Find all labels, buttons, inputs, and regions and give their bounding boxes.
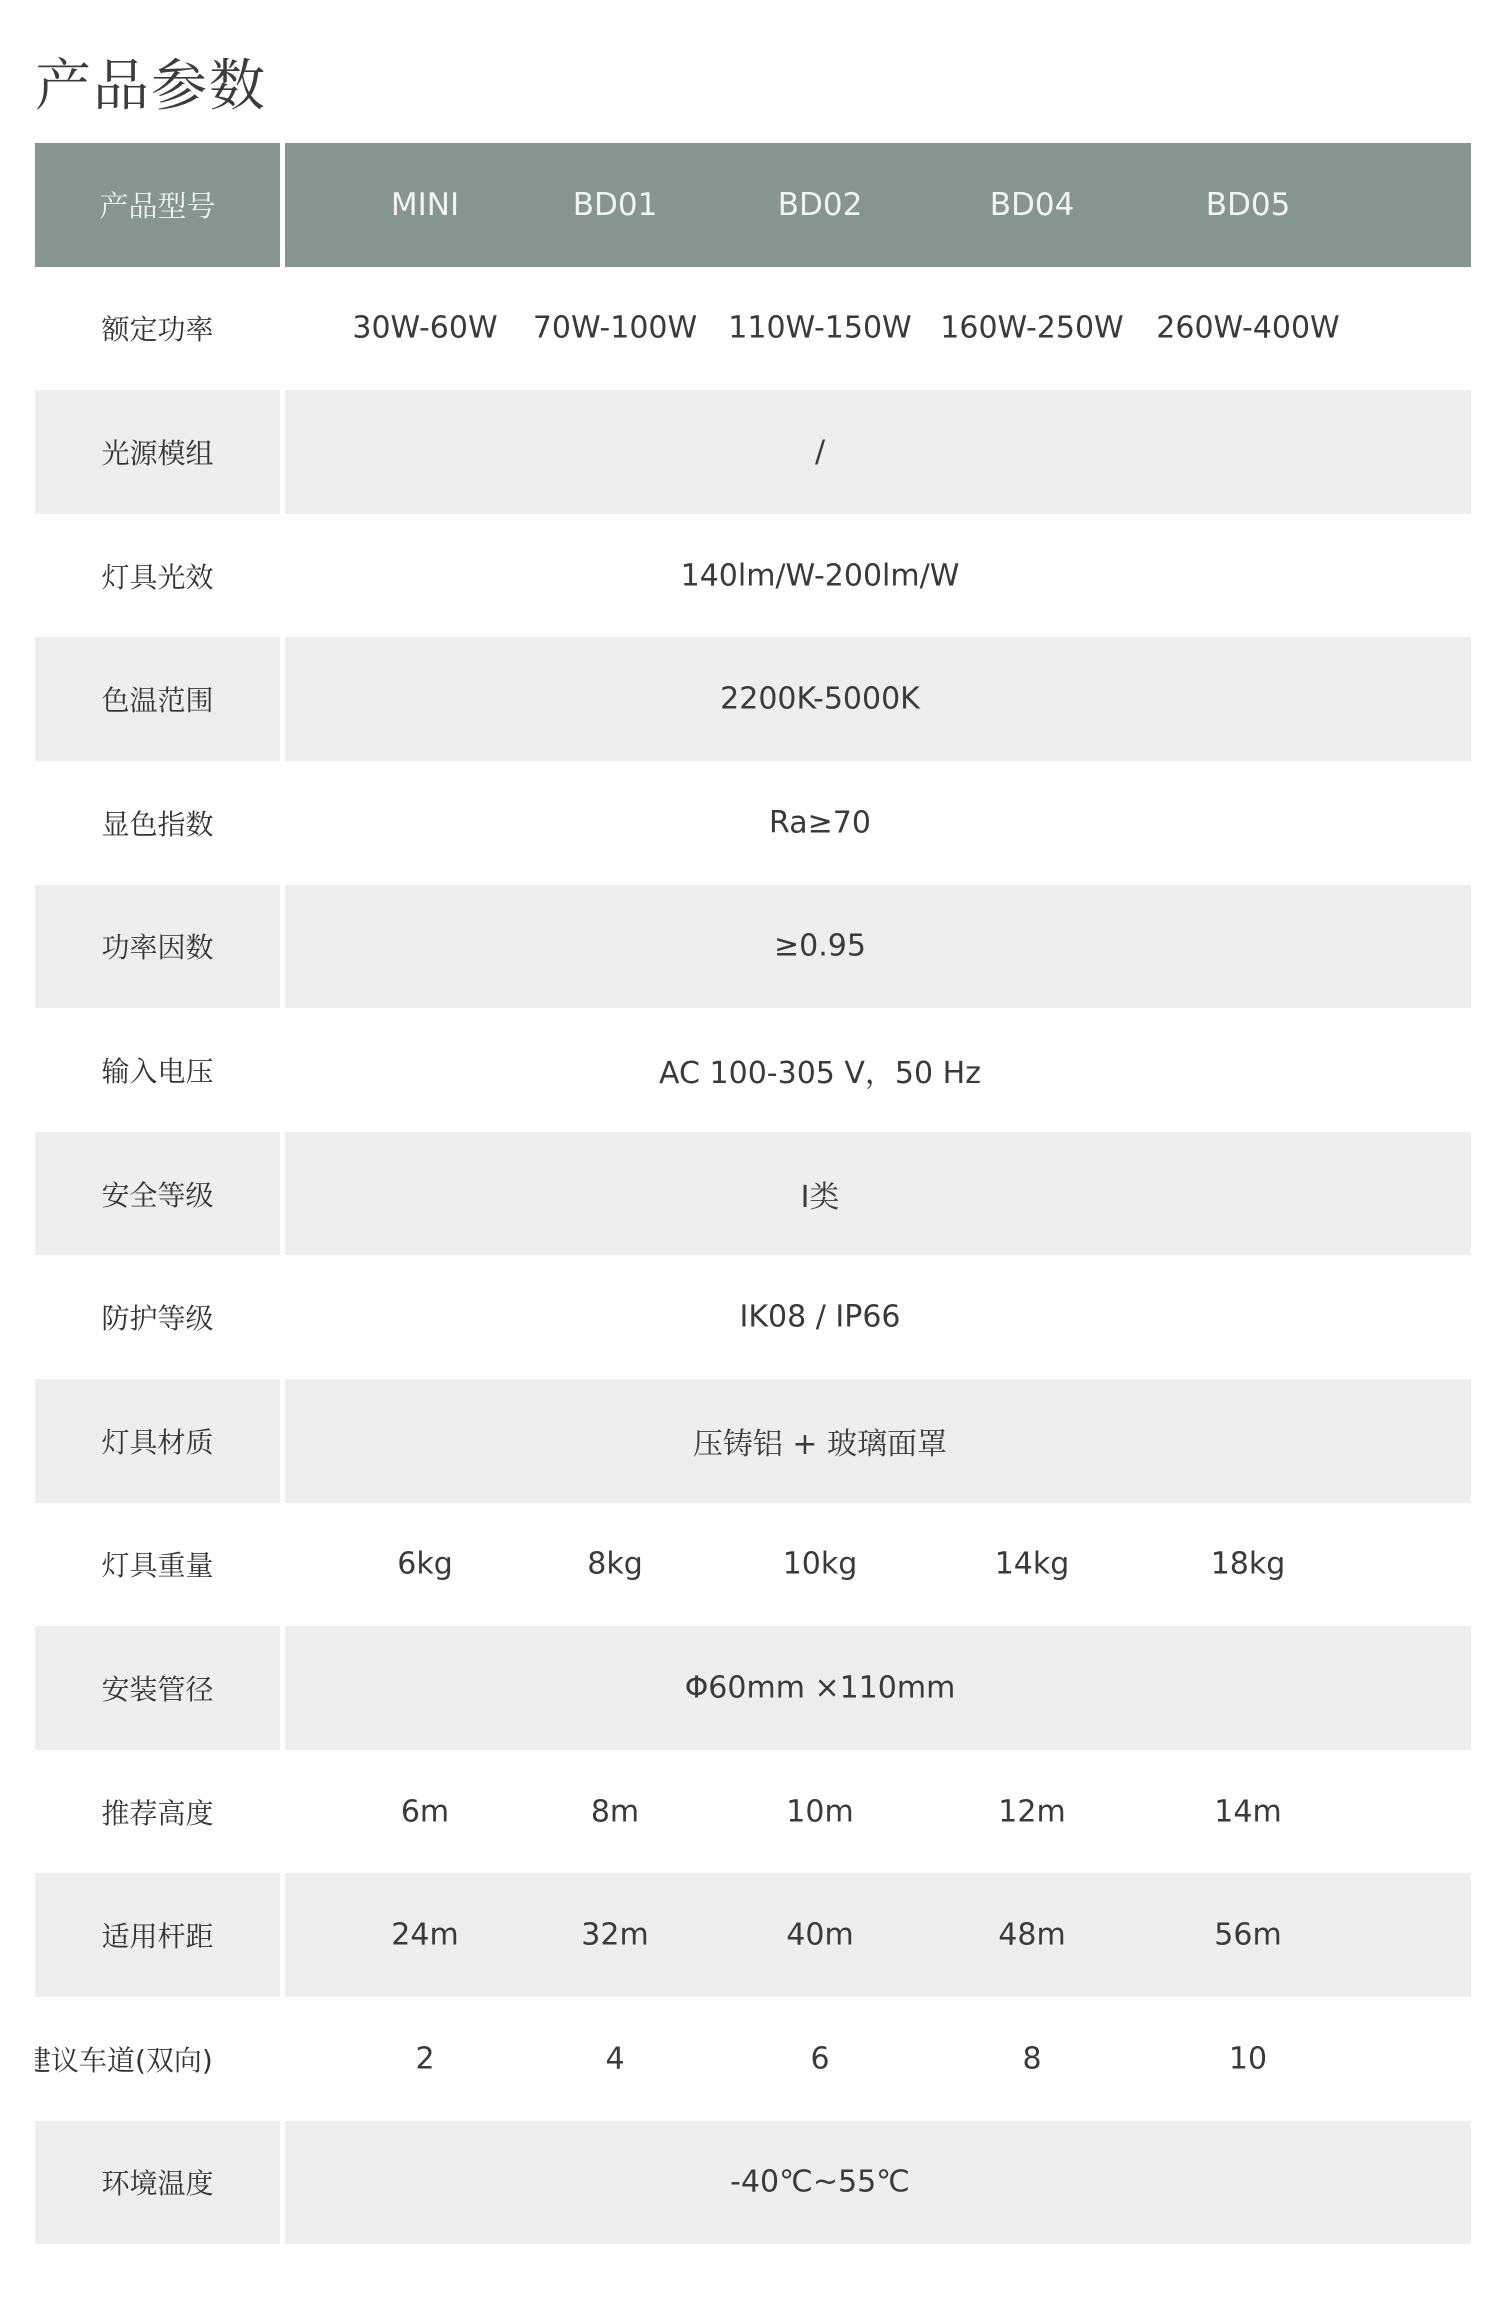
table-cell: 110W-150W [728,311,911,346]
model-bd02: BD02 [778,187,863,223]
table-cell: IK08 / IP66 [740,1300,901,1335]
table-cell: 40m [786,1918,853,1953]
table-cell: 160W-250W [940,311,1123,346]
table-cell: 24m [391,1918,458,1953]
row-label: 灯具材质 [35,1379,280,1503]
table-cell: 6m [401,1794,449,1829]
row-safety-class: 安全等级 Ⅰ类 [35,1132,1471,1256]
row-label: 功率因数 [35,885,280,1009]
row-label: 输入电压 [35,1008,280,1132]
row-cri: 显色指数 Ra≥70 [35,761,1471,885]
table-cell: Φ60mm ×110mm [685,1670,956,1705]
header-models: MINI BD01 BD02 BD04 BD05 [285,143,1471,267]
spec-table: 产品型号 MINI BD01 BD02 BD04 BD05 额定功率 30W-6… [35,143,1471,2244]
table-cell: Ra≥70 [769,805,871,840]
table-cell: 2 [415,2041,434,2076]
row-label: 环境温度 [35,2121,280,2245]
table-cell: 10kg [783,1547,858,1582]
table-cell: 32m [581,1918,648,1953]
model-bd05: BD05 [1206,187,1291,223]
row-input-voltage: 输入电压 AC 100-305 V，50 Hz [35,1008,1471,1132]
table-cell: 10 [1229,2041,1267,2076]
table-cell: 6 [810,2041,829,2076]
row-lanes: 建议车道(双向) 2 4 6 8 10 [35,1997,1471,2121]
row-label: 防护等级 [35,1255,280,1379]
row-cct: 色温范围 2200K-5000K [35,637,1471,761]
row-label: 额定功率 [35,267,280,391]
row-efficacy: 灯具光效 140lm/W-200lm/W [35,514,1471,638]
table-cell: 140lm/W-200lm/W [681,558,960,593]
row-rated-power: 额定功率 30W-60W 70W-100W 110W-150W 160W-250… [35,267,1471,391]
table-cell: 70W-100W [533,311,697,346]
row-pipe-diameter: 安装管径 Φ60mm ×110mm [35,1626,1471,1750]
page-title: 产品参数 [35,52,267,122]
table-cell: 48m [998,1918,1065,1953]
row-label: 灯具光效 [35,514,280,638]
table-cell: 56m [1214,1918,1281,1953]
row-label: 色温范围 [35,637,280,761]
row-label: 建议车道(双向) [35,1997,280,2121]
row-label: 光源模组 [35,390,280,514]
table-cell: 10m [786,1794,853,1829]
table-cell: 14m [1214,1794,1281,1829]
model-bd04: BD04 [990,187,1075,223]
table-cell: 8m [591,1794,639,1829]
row-pole-spacing: 适用杆距 24m 32m 40m 48m 56m [35,1873,1471,1997]
table-cell: 8kg [587,1547,643,1582]
row-weight: 灯具重量 6kg 8kg 10kg 14kg 18kg [35,1503,1471,1627]
row-label: 显色指数 [35,761,280,885]
row-protection: 防护等级 IK08 / IP66 [35,1255,1471,1379]
table-cell: ≥0.95 [774,929,866,964]
table-cell: 30W-60W [352,311,497,346]
table-cell: Ⅰ类 [801,1172,840,1216]
header-label: 产品型号 [35,143,280,267]
row-label: 推荐高度 [35,1750,280,1874]
model-bd01: BD01 [573,187,658,223]
table-cell: AC 100-305 V，50 Hz [659,1048,981,1092]
row-label-text: 建议车道(双向) [35,2039,213,2079]
table-cell: 6kg [397,1547,453,1582]
table-cell: 12m [998,1794,1065,1829]
row-height: 推荐高度 6m 8m 10m 12m 14m [35,1750,1471,1874]
table-cell: / [815,434,825,469]
table-cell: 18kg [1211,1547,1286,1582]
table-cell: 2200K-5000K [720,682,920,717]
table-cell: -40℃~55℃ [730,2165,910,2200]
table-cell: 压铸铝 + 玻璃面罩 [693,1419,947,1463]
row-label: 灯具重量 [35,1503,280,1627]
row-light-module: 光源模组 / [35,390,1471,514]
row-material: 灯具材质 压铸铝 + 玻璃面罩 [35,1379,1471,1503]
row-label: 适用杆距 [35,1873,280,1997]
row-label: 安全等级 [35,1132,280,1256]
row-label: 安装管径 [35,1626,280,1750]
row-ambient-temp: 环境温度 -40℃~55℃ [35,2121,1471,2245]
row-power-factor: 功率因数 ≥0.95 [35,885,1471,1009]
model-mini: MINI [391,187,459,223]
table-header-row: 产品型号 MINI BD01 BD02 BD04 BD05 [35,143,1471,267]
table-cell: 260W-400W [1156,311,1339,346]
table-cell: 8 [1022,2041,1041,2076]
table-cell: 4 [605,2041,624,2076]
table-cell: 14kg [995,1547,1070,1582]
